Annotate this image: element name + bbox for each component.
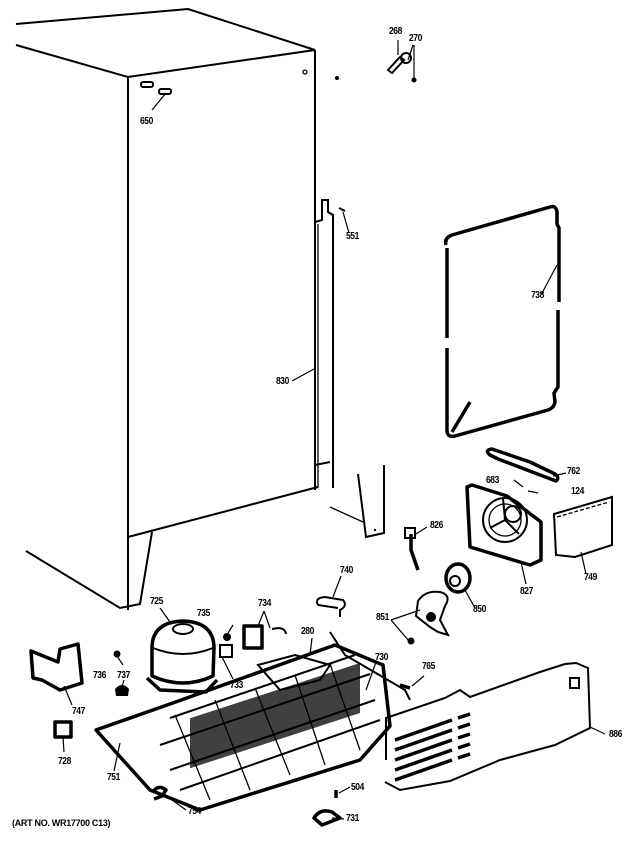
cover-plate [554, 497, 612, 557]
part-label-735[interactable]: 735 [197, 608, 210, 619]
part-label-731[interactable]: 731 [346, 813, 359, 824]
grommet-735 [223, 633, 231, 641]
part-label-728[interactable]: 728 [58, 756, 71, 767]
part-label-830[interactable]: 830 [276, 376, 289, 387]
part-label-733[interactable]: 733 [230, 680, 243, 691]
part-label-504[interactable]: 504 [351, 782, 364, 793]
part-label-749[interactable]: 749 [584, 572, 597, 583]
part-label-270[interactable]: 270 [409, 33, 422, 44]
part-label-826[interactable]: 826 [430, 520, 443, 531]
part-label-747[interactable]: 747 [72, 706, 85, 717]
refrigerator-cabinet [16, 9, 384, 610]
exploded-parts-diagram [0, 0, 640, 842]
part-label-730[interactable]: 730 [375, 652, 388, 663]
part-label-740[interactable]: 740 [340, 565, 353, 576]
part-label-765[interactable]: 765 [422, 661, 435, 672]
part-label-650[interactable]: 650 [140, 116, 153, 127]
part-label-754[interactable]: 754 [188, 806, 201, 817]
hinge-bracket [335, 53, 417, 83]
part-label-683[interactable]: 683 [486, 475, 499, 486]
part-label-827[interactable]: 827 [520, 586, 533, 597]
part-label-886[interactable]: 886 [609, 729, 622, 740]
rear-access-cover [385, 663, 590, 790]
fan-bracket [411, 534, 418, 570]
clip-650a [141, 82, 153, 87]
part-label-736[interactable]: 736 [93, 670, 106, 681]
terminal-cover [31, 644, 82, 690]
part-label-725[interactable]: 725 [150, 596, 163, 607]
part-label-850[interactable]: 850 [473, 604, 486, 615]
part-label-280[interactable]: 280 [301, 626, 314, 637]
fan-motor [446, 564, 470, 592]
capacitor-728 [55, 722, 71, 737]
heater-loop [446, 207, 559, 437]
screw-551 [339, 208, 345, 211]
part-label-751[interactable]: 751 [107, 772, 120, 783]
art-number-caption: (ART NO. WR17700 C13) [12, 818, 110, 828]
part-label-124[interactable]: 124 [571, 486, 584, 497]
clamp-740 [317, 597, 345, 617]
clip-650b [159, 89, 171, 94]
part-label-734[interactable]: 734 [258, 598, 271, 609]
part-label-551[interactable]: 551 [346, 231, 359, 242]
fan-blade [408, 592, 449, 645]
overload-733 [220, 645, 232, 657]
fan-shroud [467, 485, 541, 565]
part-label-851[interactable]: 851 [376, 612, 389, 623]
part-label-738[interactable]: 738 [531, 290, 544, 301]
compressor [147, 621, 217, 692]
part-label-762[interactable]: 762 [567, 466, 580, 477]
mullion-trim [315, 200, 333, 490]
part-label-268[interactable]: 268 [389, 26, 402, 37]
base-plate [96, 645, 390, 810]
heater-terminal [452, 402, 470, 432]
part-label-737[interactable]: 737 [117, 670, 130, 681]
relay-734 [244, 626, 262, 648]
